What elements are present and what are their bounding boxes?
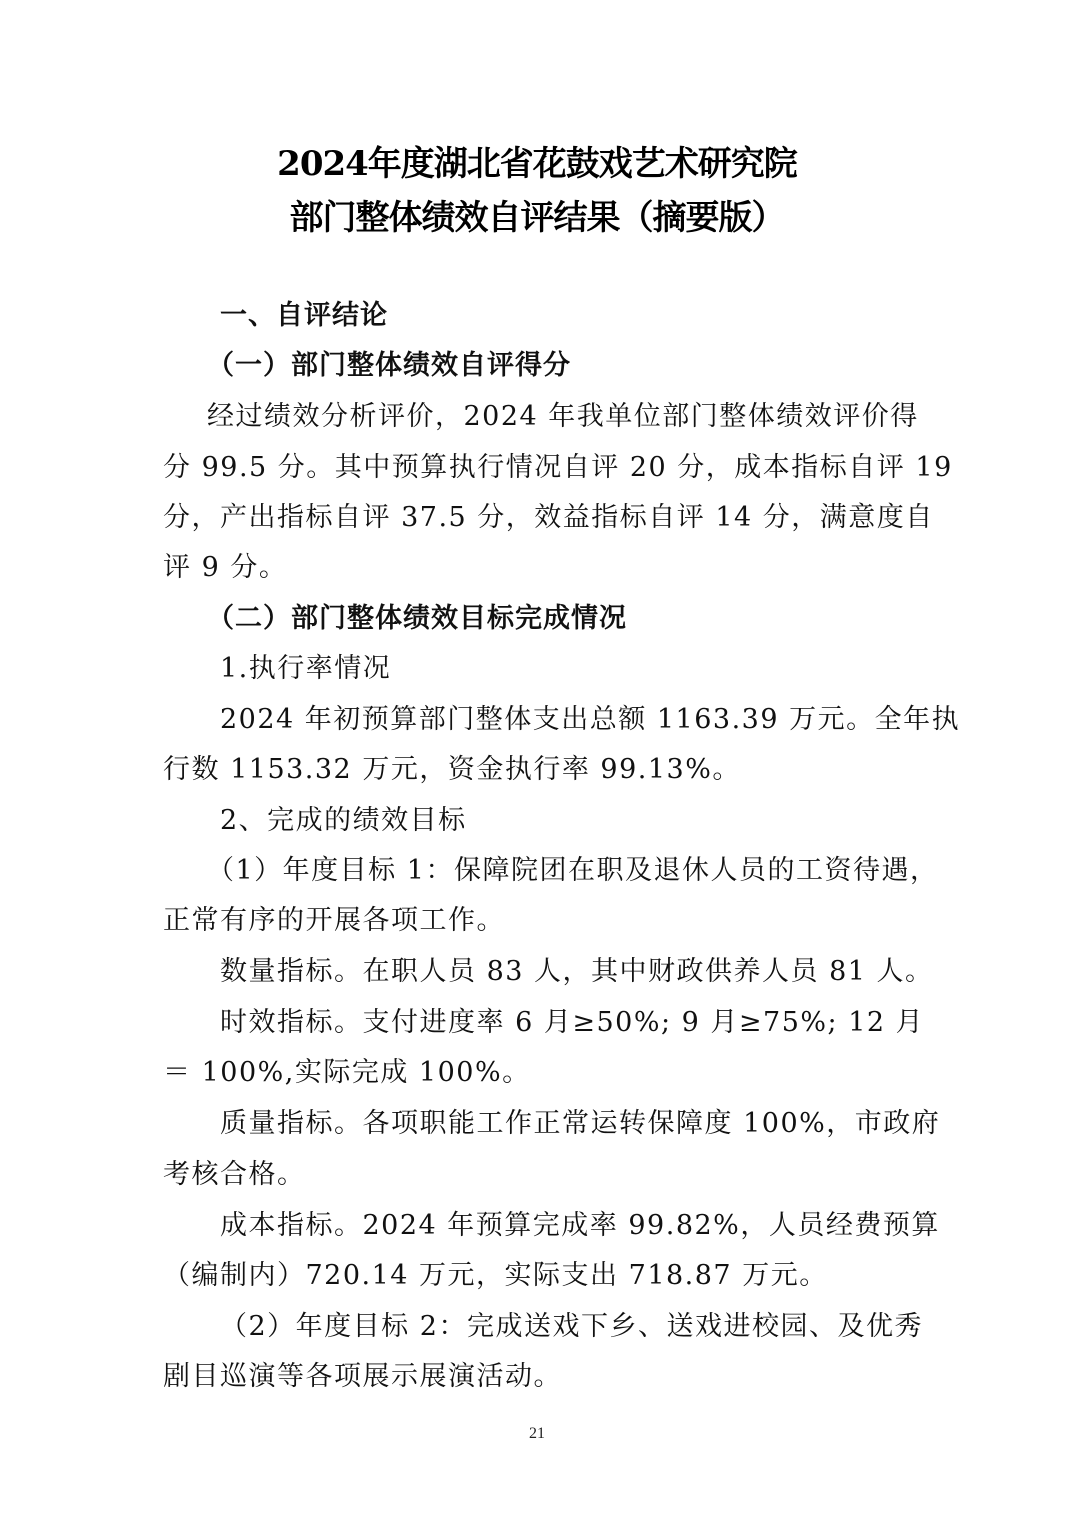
document-page: 2024年度湖北省花鼓戏艺术研究院 部门整体绩效自评结果（摘要版） 一、自评结论… bbox=[0, 0, 1074, 1520]
paragraph-line: （编制内）720.14 万元，实际支出 718.87 万元。 bbox=[163, 1258, 913, 1294]
paragraph-line: 2024 年初预算部门整体支出总额 1163.39 万元。全年执 bbox=[220, 702, 910, 738]
paragraph-line-goal2: （2）年度目标 2：完成送戏下乡、送戏进校园、及优秀 bbox=[220, 1309, 910, 1345]
paragraph-line: 剧目巡演等各项展示展演活动。 bbox=[163, 1359, 913, 1395]
paragraph-line: 考核合格。 bbox=[163, 1157, 913, 1193]
section-heading-conclusion: 一、自评结论 bbox=[220, 298, 970, 334]
paragraph-line: 评 9 分。 bbox=[163, 550, 913, 586]
paragraph-line-timeliness: 时效指标。支付进度率 6 月≥50%; 9 月≥75%; 12 月 bbox=[220, 1005, 910, 1041]
item-heading-execution-rate: 1.执行率情况 bbox=[220, 651, 970, 687]
paragraph-line: ＝ 100%,实际完成 100%。 bbox=[163, 1055, 913, 1091]
paragraph-line-quality: 质量指标。各项职能工作正常运转保障度 100%，市政府 bbox=[220, 1106, 910, 1142]
paragraph-line: 分 99.5 分。其中预算执行情况自评 20 分，成本指标自评 19 bbox=[163, 450, 908, 486]
paragraph-line-quantity: 数量指标。在职人员 83 人，其中财政供养人员 81 人。 bbox=[220, 954, 910, 990]
paragraph-line: （1）年度目标 1：保障院团在职及退休人员的工资待遇， bbox=[207, 853, 907, 889]
paragraph-line: 经过绩效分析评价，2024 年我单位部门整体绩效评价得 bbox=[207, 399, 907, 435]
paragraph-line: 正常有序的开展各项工作。 bbox=[163, 903, 913, 939]
paragraph-line: 分，产出指标自评 37.5 分，效益指标自评 14 分，满意度自 bbox=[163, 500, 908, 536]
document-title-line1: 2024年度湖北省花鼓戏艺术研究院 bbox=[0, 136, 1074, 185]
paragraph-line: 行数 1153.32 万元，资金执行率 99.13%。 bbox=[163, 752, 913, 788]
document-title-line2: 部门整体绩效自评结果（摘要版） bbox=[0, 190, 1074, 239]
subsection-heading-score: （一）部门整体绩效自评得分 bbox=[207, 348, 957, 384]
paragraph-line-cost: 成本指标。2024 年预算完成率 99.82%，人员经费预算 bbox=[220, 1208, 900, 1244]
subsection-heading-goals: （二）部门整体绩效目标完成情况 bbox=[207, 601, 957, 637]
item-heading-completed-goals: 2、完成的绩效目标 bbox=[220, 803, 970, 839]
page-number: 21 bbox=[0, 1425, 1074, 1443]
